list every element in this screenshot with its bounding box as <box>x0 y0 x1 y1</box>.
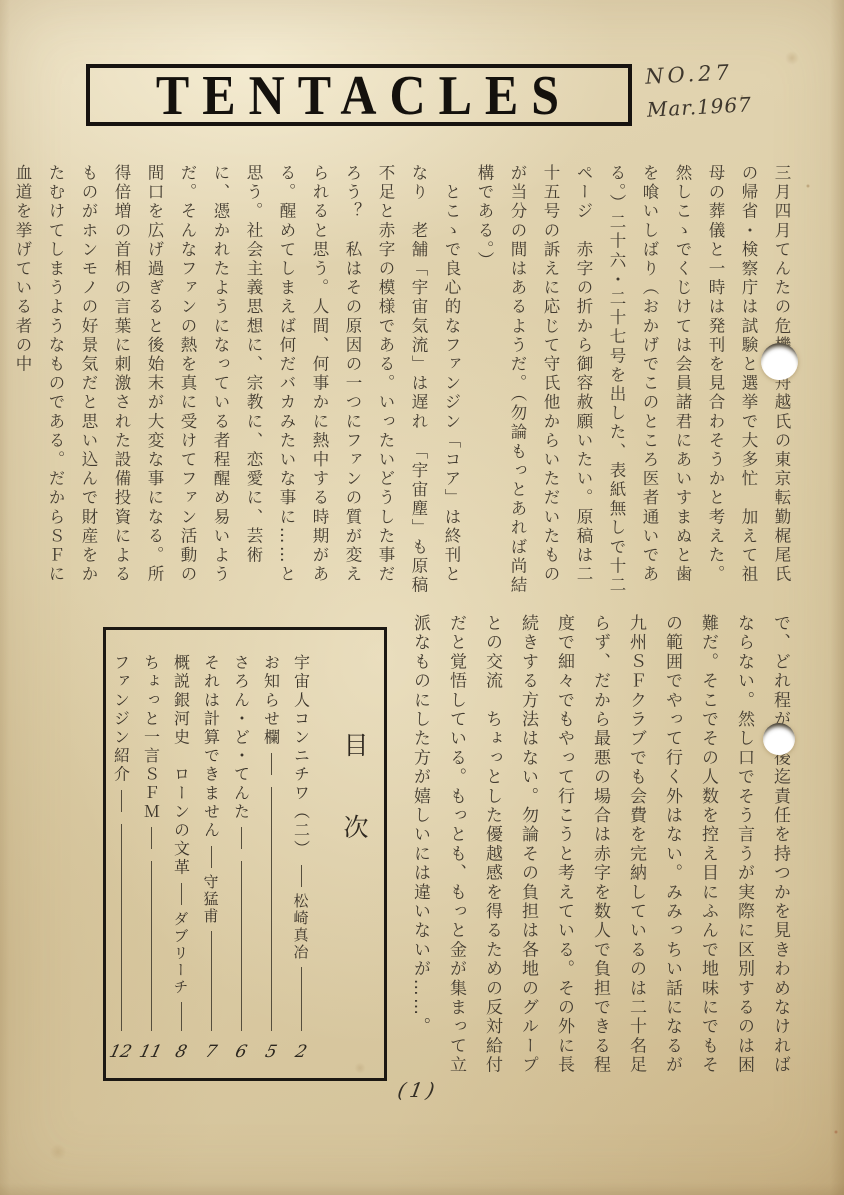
toc-leader-line <box>211 846 212 868</box>
toc-leader-line <box>301 967 302 1031</box>
editorial-text-lower: で、どれ程が最後迄責任を持つかを見きわめなければならない。然し口でそう言うが実際… <box>402 614 798 1086</box>
toc-leader-line <box>181 883 182 905</box>
toc-heading: 目 次 <box>320 654 372 1064</box>
toc-entry: それは計算できません 守猛甫 7 <box>196 654 226 1064</box>
toc-entry-author: 守猛甫 <box>201 874 222 925</box>
toc-entry-title: ちょっと一言ＳＦＭ <box>140 654 163 821</box>
page-number: (1) <box>396 1078 441 1102</box>
toc-leader-line <box>301 865 302 887</box>
toc-leader-line <box>181 1002 182 1031</box>
toc-entry-page-number: 6 <box>232 1037 250 1064</box>
toc-leader-line <box>121 824 122 1031</box>
toc-leader-line <box>271 787 272 1031</box>
toc-entry-title: さろん・ど・てんた <box>230 654 253 821</box>
issue-number: NO.27 <box>645 59 751 88</box>
toc-box: 目 次 宇宙人コンニチワ（二） 松崎真冶 2 お知らせ欄 5 さろん・ど・てんた <box>103 627 387 1081</box>
toc-entries: 宇宙人コンニチワ（二） 松崎真冶 2 お知らせ欄 5 さろん・ど・てんた 6 <box>106 654 316 1064</box>
editorial-text-upper: 三月四月てんたの危機、舟越氏の東京転勤梶尾氏の帰省・検察庁は試験と選挙で大多忙 … <box>6 164 798 598</box>
toc-entry-title: 宇宙人コンニチワ（二） <box>290 654 313 859</box>
toc-leader-line <box>271 753 272 775</box>
toc-leader-line <box>211 931 212 1031</box>
toc-entry-title: 概説銀河史 ローンの文革 <box>170 654 193 877</box>
toc-entry-page-number: 8 <box>172 1037 190 1064</box>
issue-date: Mar.1967 <box>646 92 752 121</box>
toc-entry-author: ダブリーチ <box>171 911 192 996</box>
toc-entry: ファンジン紹介 12 <box>106 654 136 1064</box>
scanned-fanzine-page: TENTACLES NO.27 Mar.1967 三月四月てんたの危機、舟越氏の… <box>0 0 844 1195</box>
issue-info: NO.27 Mar.1967 <box>645 59 753 121</box>
toc-entry-title: ファンジン紹介 <box>110 654 133 784</box>
punch-hole-bottom <box>763 723 795 755</box>
toc-entry-page-number: 5 <box>262 1037 280 1064</box>
zine-title: TENTACLES <box>146 63 572 128</box>
toc-leader-line <box>241 827 242 849</box>
toc-entry: さろん・ど・てんた 6 <box>226 654 256 1064</box>
toc-entry-title: それは計算できません <box>200 654 223 840</box>
toc-entry-page-number: 7 <box>202 1037 220 1064</box>
toc-entry: 宇宙人コンニチワ（二） 松崎真冶 2 <box>286 654 316 1064</box>
toc-entry-page-number: 11 <box>137 1037 165 1064</box>
toc-entry: 概説銀河史 ローンの文革 ダブリーチ 8 <box>166 654 196 1064</box>
toc-leader-line <box>151 861 152 1031</box>
toc-leader-line <box>151 827 152 849</box>
toc-entry-title: お知らせ欄 <box>260 654 283 747</box>
toc-entry: お知らせ欄 5 <box>256 654 286 1064</box>
masthead-box: TENTACLES <box>86 64 632 126</box>
toc-entry-page-number: 12 <box>107 1037 135 1064</box>
toc-entry-author: 松崎真冶 <box>291 893 312 961</box>
toc-entry-page-number: 2 <box>292 1037 310 1064</box>
toc-entry: ちょっと一言ＳＦＭ 11 <box>136 654 166 1064</box>
toc-leader-line <box>121 790 122 812</box>
toc-leader-line <box>241 861 242 1031</box>
punch-hole-top <box>761 343 798 380</box>
